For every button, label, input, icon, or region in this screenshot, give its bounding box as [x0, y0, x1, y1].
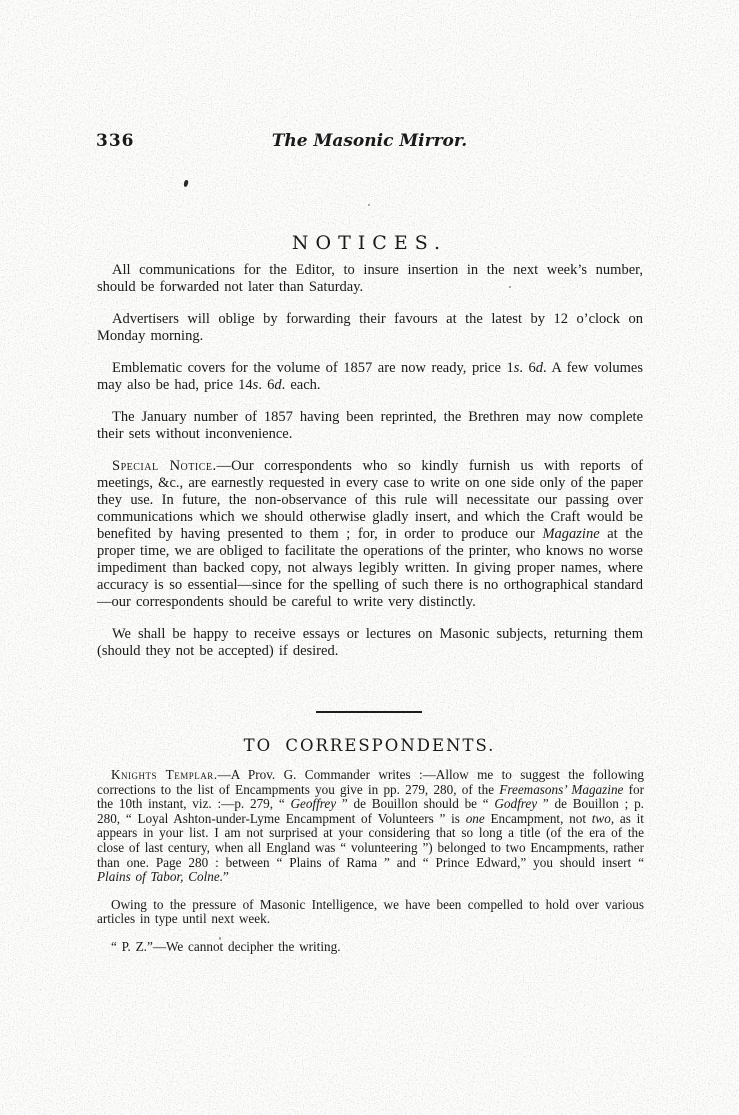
paragraph-text: . 6	[519, 360, 535, 376]
paragraph-text: ”	[223, 869, 229, 884]
paragraph-text: Godfrey	[494, 796, 537, 811]
ink-speck	[183, 180, 188, 188]
correspondents-heading: TO CORRESPONDENTS.	[0, 736, 739, 755]
paragraph-text: two,	[592, 811, 614, 826]
paragraph: Owing to the pressure of Masonic Intelli…	[97, 898, 644, 927]
paragraph-text: Advertisers will oblige by forwarding th…	[97, 311, 643, 344]
scanned-page: 336 The Masonic Mirror. NOTICES. All com…	[0, 0, 739, 1115]
paragraph-text: d	[536, 360, 543, 376]
paragraph: The January number of 1857 having been r…	[97, 409, 643, 443]
paragraph-text: . 6	[258, 377, 274, 393]
paragraph: Emblematic covers for the volume of 1857…	[97, 360, 643, 394]
running-title: The Masonic Mirror.	[0, 131, 739, 151]
paragraph: Knights Templar.—A Prov. G. Commander wr…	[97, 768, 644, 885]
paragraph: Special Notice.—Our correspondents who s…	[97, 458, 643, 611]
paragraph-text: We shall be happy to receive essays or l…	[97, 626, 643, 659]
paragraph-text: The January number of 1857 having been r…	[97, 409, 643, 442]
section-divider-rule	[316, 711, 422, 713]
paragraph-text: . each.	[282, 377, 321, 393]
paragraph-text: Freemasons’ Magazine	[499, 782, 623, 797]
notices-section: All communications for the Editor, to in…	[97, 262, 643, 675]
paragraph-text: Owing to the pressure of Masonic Intelli…	[97, 897, 644, 927]
paragraph: All communications for the Editor, to in…	[97, 262, 643, 296]
paragraph-text: Encampment, not	[485, 811, 592, 826]
paragraph-text: d	[274, 377, 281, 393]
paragraph-text: All communications for the Editor, to in…	[97, 262, 643, 295]
paragraph: “ P. Z.”—We cannot decipher the writing.	[97, 940, 644, 955]
paragraph-text: Emblematic covers for the volume of 1857…	[112, 360, 514, 376]
running-header: 336 The Masonic Mirror.	[0, 131, 739, 155]
paragraph-text: one	[466, 811, 485, 826]
paragraph-lead-smallcaps: Knights Templar.	[111, 767, 218, 782]
paragraph-lead-smallcaps: Special Notice.	[112, 458, 217, 474]
paragraph-text: Magazine	[542, 526, 599, 542]
correspondents-section: Knights Templar.—A Prov. G. Commander wr…	[97, 768, 644, 968]
ink-speck	[368, 204, 370, 206]
paragraph: Advertisers will oblige by forwarding th…	[97, 311, 643, 345]
paragraph-text: ” de Bouillon should be “	[336, 796, 494, 811]
paragraph: We shall be happy to receive essays or l…	[97, 626, 643, 660]
paragraph-text: “ P. Z.”—We cannot decipher the writing.	[111, 939, 341, 954]
paragraph-text: Plains of Tabor, Colne.	[97, 869, 223, 884]
paragraph-text: Geoffrey	[290, 796, 336, 811]
notices-heading: NOTICES.	[0, 232, 739, 254]
